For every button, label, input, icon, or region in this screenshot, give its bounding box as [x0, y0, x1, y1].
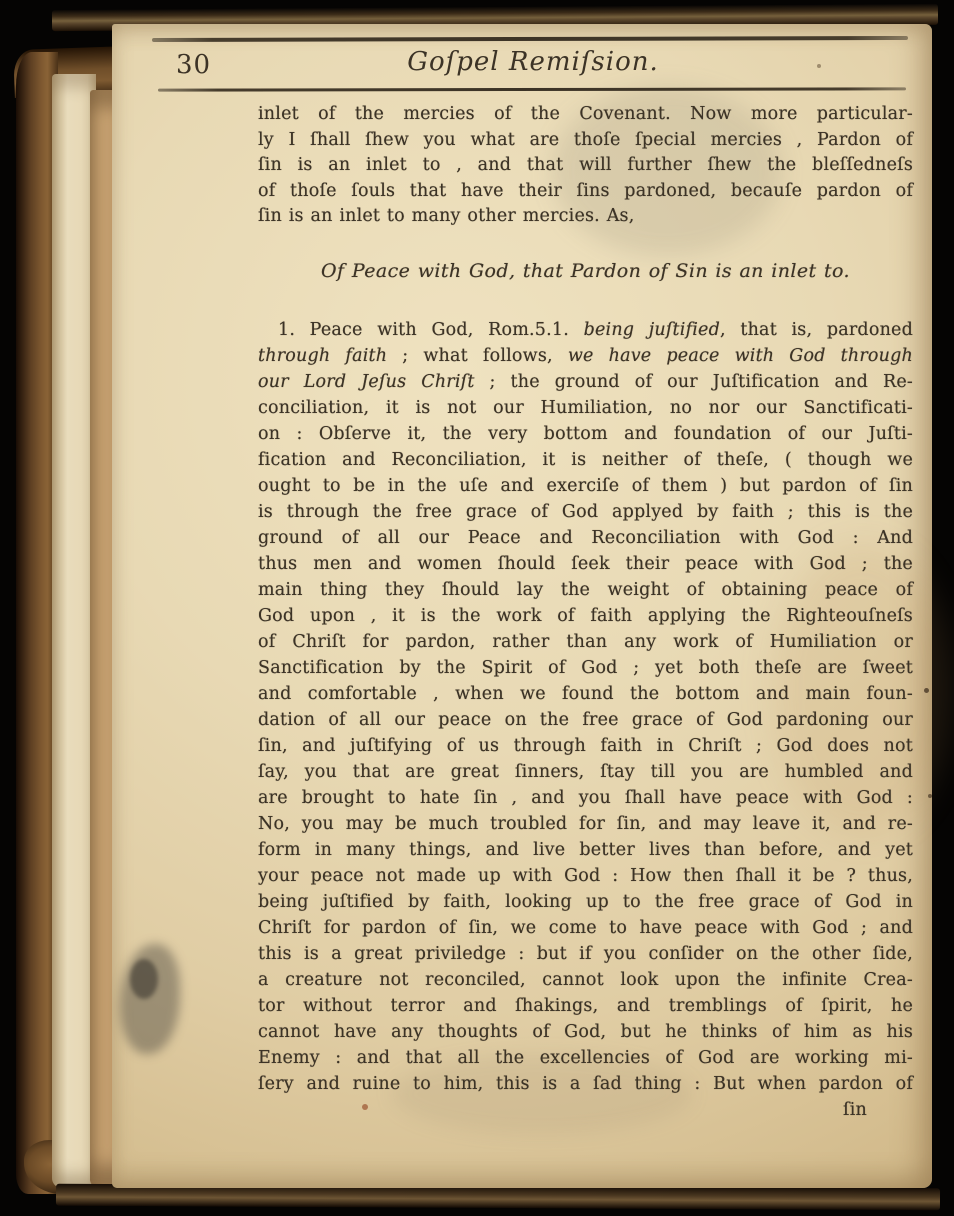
text-line: ſery and ruine to him, this is a ſad thi… [258, 1071, 913, 1097]
text-line: this is a great priviledge : but if you … [258, 941, 913, 967]
catchword: ſin [258, 1097, 913, 1123]
text-line: ought to be in the uſe and exerciſe of t… [258, 473, 913, 499]
text-line: ſay, you that are great ſinners, ſtay ti… [258, 759, 913, 785]
text-line: 1. Peace with God, Rom.5.1. being juſtif… [258, 317, 913, 343]
ink-speck [924, 688, 929, 693]
text-line: is through the free grace of God applyed… [258, 499, 913, 525]
text-line: Sanctification by the Spirit of God ; ye… [258, 655, 913, 681]
text-line: on : Obſerve it, the very bottom and fou… [258, 421, 913, 447]
header-rule-top [152, 36, 908, 42]
text-line: form in many things, and live better liv… [258, 837, 913, 863]
text-line: main thing they ſhould lay the weight of… [258, 577, 913, 603]
text-line: and comfortable , when we found the bott… [258, 681, 913, 707]
book-page: 30 Goſpel Remiſsion. inlet of the mercie… [112, 24, 932, 1188]
text-block: inlet of the mercies of the Covenant. No… [258, 102, 913, 1123]
text-line: Chriſt for pardon of ſin, we come to hav… [258, 915, 913, 941]
text-line: of Chriſt for pardon, rather than any wo… [258, 629, 913, 655]
text-line: a creature not reconciled, cannot look u… [258, 967, 913, 993]
ink-speck [928, 794, 932, 798]
text-line: ly I ſhall ſhew you what are thoſe ſpeci… [258, 128, 913, 154]
paragraph-body: 1. Peace with God, Rom.5.1. being juſtif… [258, 317, 913, 1097]
header-rule-bottom [158, 87, 906, 91]
section-heading: Of Peace with God, that Pardon of Sin is… [258, 258, 913, 284]
text-line: through faith ; what follows, we have pe… [258, 343, 913, 369]
printed-text-area: 30 Goſpel Remiſsion. inlet of the mercie… [152, 30, 914, 1180]
text-line: conciliation, it is not our Humiliation,… [258, 395, 913, 421]
text-line: being juſtified by faith, looking up to … [258, 889, 913, 915]
running-title: Goſpel Remiſsion. [152, 47, 914, 77]
text-line: fication and Reconciliation, it is neith… [258, 447, 913, 473]
text-line: dation of all our peace on the free grac… [258, 707, 913, 733]
text-line: thus men and women ſhould ſeek their pea… [258, 551, 913, 577]
text-line: cannot have any thoughts of God, but he … [258, 1019, 913, 1045]
text-line: tor without terror and ſhakings, and tre… [258, 993, 913, 1019]
text-line: ſin is an inlet to many other mercies. A… [258, 204, 913, 230]
book-scan-photo: 30 Goſpel Remiſsion. inlet of the mercie… [0, 0, 954, 1216]
text-line: are brought to hate ſin , and you ſhall … [258, 785, 913, 811]
text-line: our Lord Jeſus Chriſt ; the ground of ou… [258, 369, 913, 395]
text-line: ſin is an inlet to , and that will furth… [258, 153, 913, 179]
text-line: ſin, and juſtifying of us through faith … [258, 733, 913, 759]
text-line: ground of all our Peace and Reconciliati… [258, 525, 913, 551]
text-line: God upon , it is the work of faith apply… [258, 603, 913, 629]
text-line: Enemy : and that all the excellencies of… [258, 1045, 913, 1071]
paragraph-continuation: inlet of the mercies of the Covenant. No… [258, 102, 913, 230]
text-line: No, you may be much troubled for ſin, an… [258, 811, 913, 837]
text-line: inlet of the mercies of the Covenant. No… [258, 102, 913, 128]
text-line: your peace not made up with God : How th… [258, 863, 913, 889]
text-line: of thoſe ſouls that have their ſins pard… [258, 179, 913, 205]
